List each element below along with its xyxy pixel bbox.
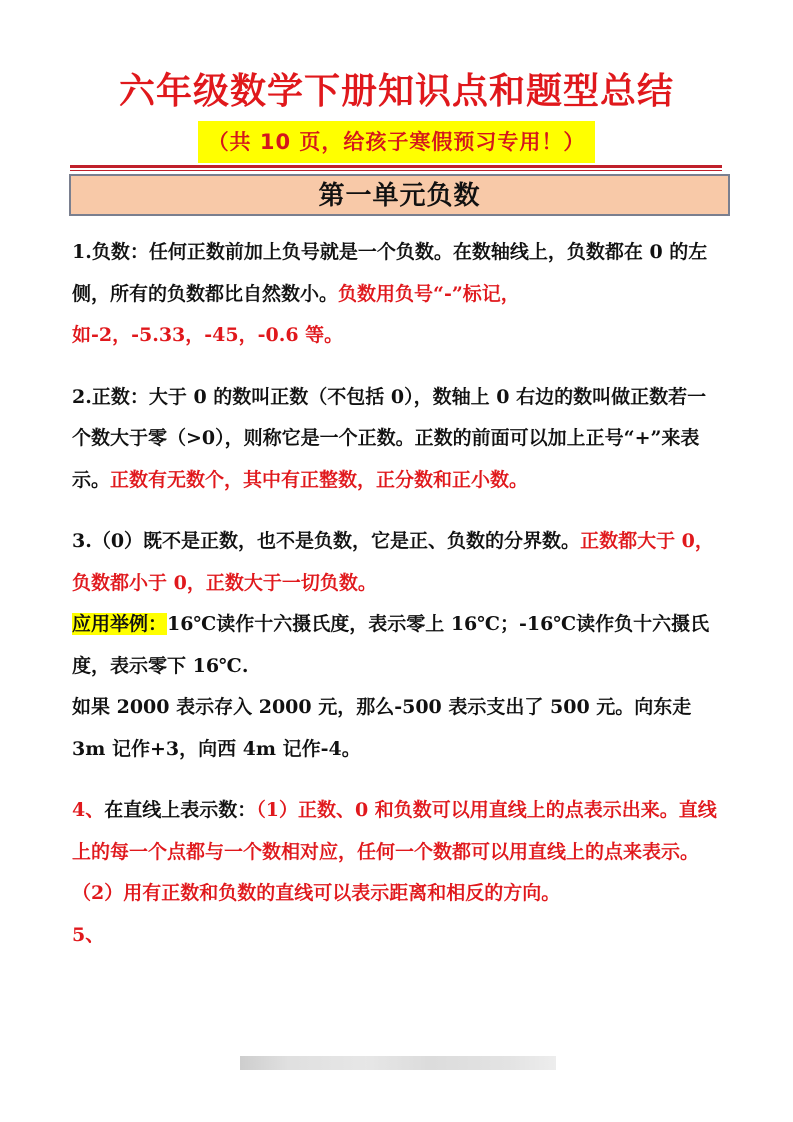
divider-thin bbox=[70, 170, 722, 171]
section-5: 5、 bbox=[72, 915, 724, 957]
unit-name: 负数 bbox=[427, 181, 481, 211]
example-line-2: 如果 2000 表示存入 2000 元，那么-500 表示支出了 500 元。向… bbox=[72, 696, 691, 760]
section-4-heading: 在直线上表示数： bbox=[104, 799, 256, 821]
unit-heading-box: 第一单元负数 bbox=[69, 174, 730, 216]
section-2-positive-numbers: 2.正数：大于 0 的数叫正数（不包括 0），数轴上 0 右边的数叫做正数若一个… bbox=[72, 377, 724, 502]
unit-number: 第一单元 bbox=[318, 181, 426, 211]
section-2-highlight-text: 正数有无数个，其中有正整数，正分数和正小数。 bbox=[110, 469, 528, 491]
subtitle-container: （共 10 页，给孩子寒假预习专用！） bbox=[0, 121, 793, 163]
divider-thick bbox=[70, 165, 722, 168]
section-1-negative-numbers: 1.负数：任何正数前加上负号就是一个负数。在数轴线上，负数都在 0 的左侧，所有… bbox=[72, 232, 724, 357]
application-example: 应用举例：16℃读作十六摄氏度，表示零上 16℃；-16℃读作负十六摄氏度，表示… bbox=[72, 604, 724, 687]
section-3-zero: 3.（0）既不是正数，也不是负数，它是正、负数的分界数。正数都大于 0，负数都小… bbox=[72, 521, 724, 604]
example-label: 应用举例： bbox=[72, 613, 167, 635]
document-body: 1.负数：任何正数前加上负号就是一个负数。在数轴线上，负数都在 0 的左侧，所有… bbox=[72, 232, 724, 956]
section-5-number: 5、 bbox=[72, 924, 104, 946]
section-4-number: 4、 bbox=[72, 799, 104, 821]
subtitle-highlight: （共 10 页，给孩子寒假预习专用！） bbox=[198, 121, 596, 163]
blurred-watermark bbox=[240, 1056, 556, 1070]
example-line-1: 16℃读作十六摄氏度，表示零上 16℃；-16℃读作负十六摄氏度，表示零下 16… bbox=[72, 613, 709, 677]
application-example-2: 如果 2000 表示存入 2000 元，那么-500 表示支出了 500 元。向… bbox=[72, 687, 724, 770]
document-title: 六年级数学下册知识点和题型总结 bbox=[0, 66, 793, 118]
section-4-number-line: 4、在直线上表示数：（1）正数、0 和负数可以用直线上的点表示出来。直线上的每一… bbox=[72, 790, 724, 915]
section-3-text: 3.（0）既不是正数，也不是负数，它是正、负数的分界数。 bbox=[72, 530, 580, 552]
